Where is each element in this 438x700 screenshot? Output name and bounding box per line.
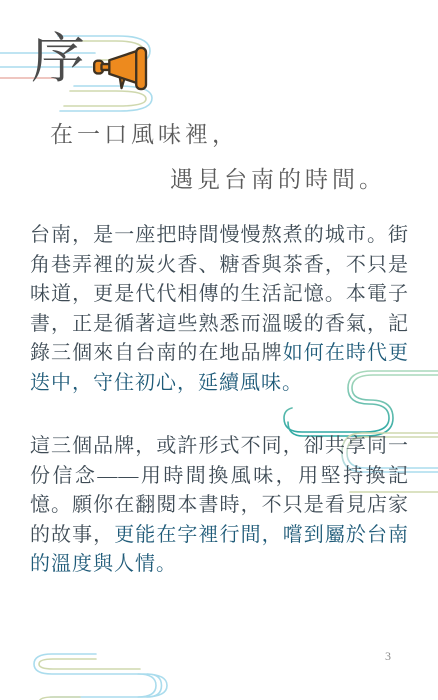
subtitle-line-1: 在一口風味裡， (50, 112, 386, 157)
page-number: 3 (385, 649, 391, 664)
subtitle: 在一口風味裡， 遇見台南的時間。 (50, 112, 386, 202)
megaphone-icon (92, 46, 155, 91)
cloud-scroll-bottom-decoration (20, 648, 195, 700)
paragraph: 這三個品牌，或許形式不同，卻共享同一份信念——用時間換風味，用堅持換記憶。願你在… (30, 432, 409, 580)
paragraph: 台南，是一座把時間慢慢熬煮的城市。街角巷弄裡的炭火香、糖香與茶香，不只是味道，更… (30, 221, 409, 398)
preface-page: 序 在一口風味裡， 遇見台南的時間。 台南，是一座把時間慢慢熬煮的城市。街角巷弄… (0, 0, 438, 700)
subtitle-line-2: 遇見台南的時間。 (170, 157, 386, 202)
body-paragraphs: 台南，是一座把時間慢慢熬煮的城市。街角巷弄裡的炭火香、糖香與茶香，不只是味道，更… (30, 221, 409, 614)
page-title: 序 (31, 26, 85, 92)
